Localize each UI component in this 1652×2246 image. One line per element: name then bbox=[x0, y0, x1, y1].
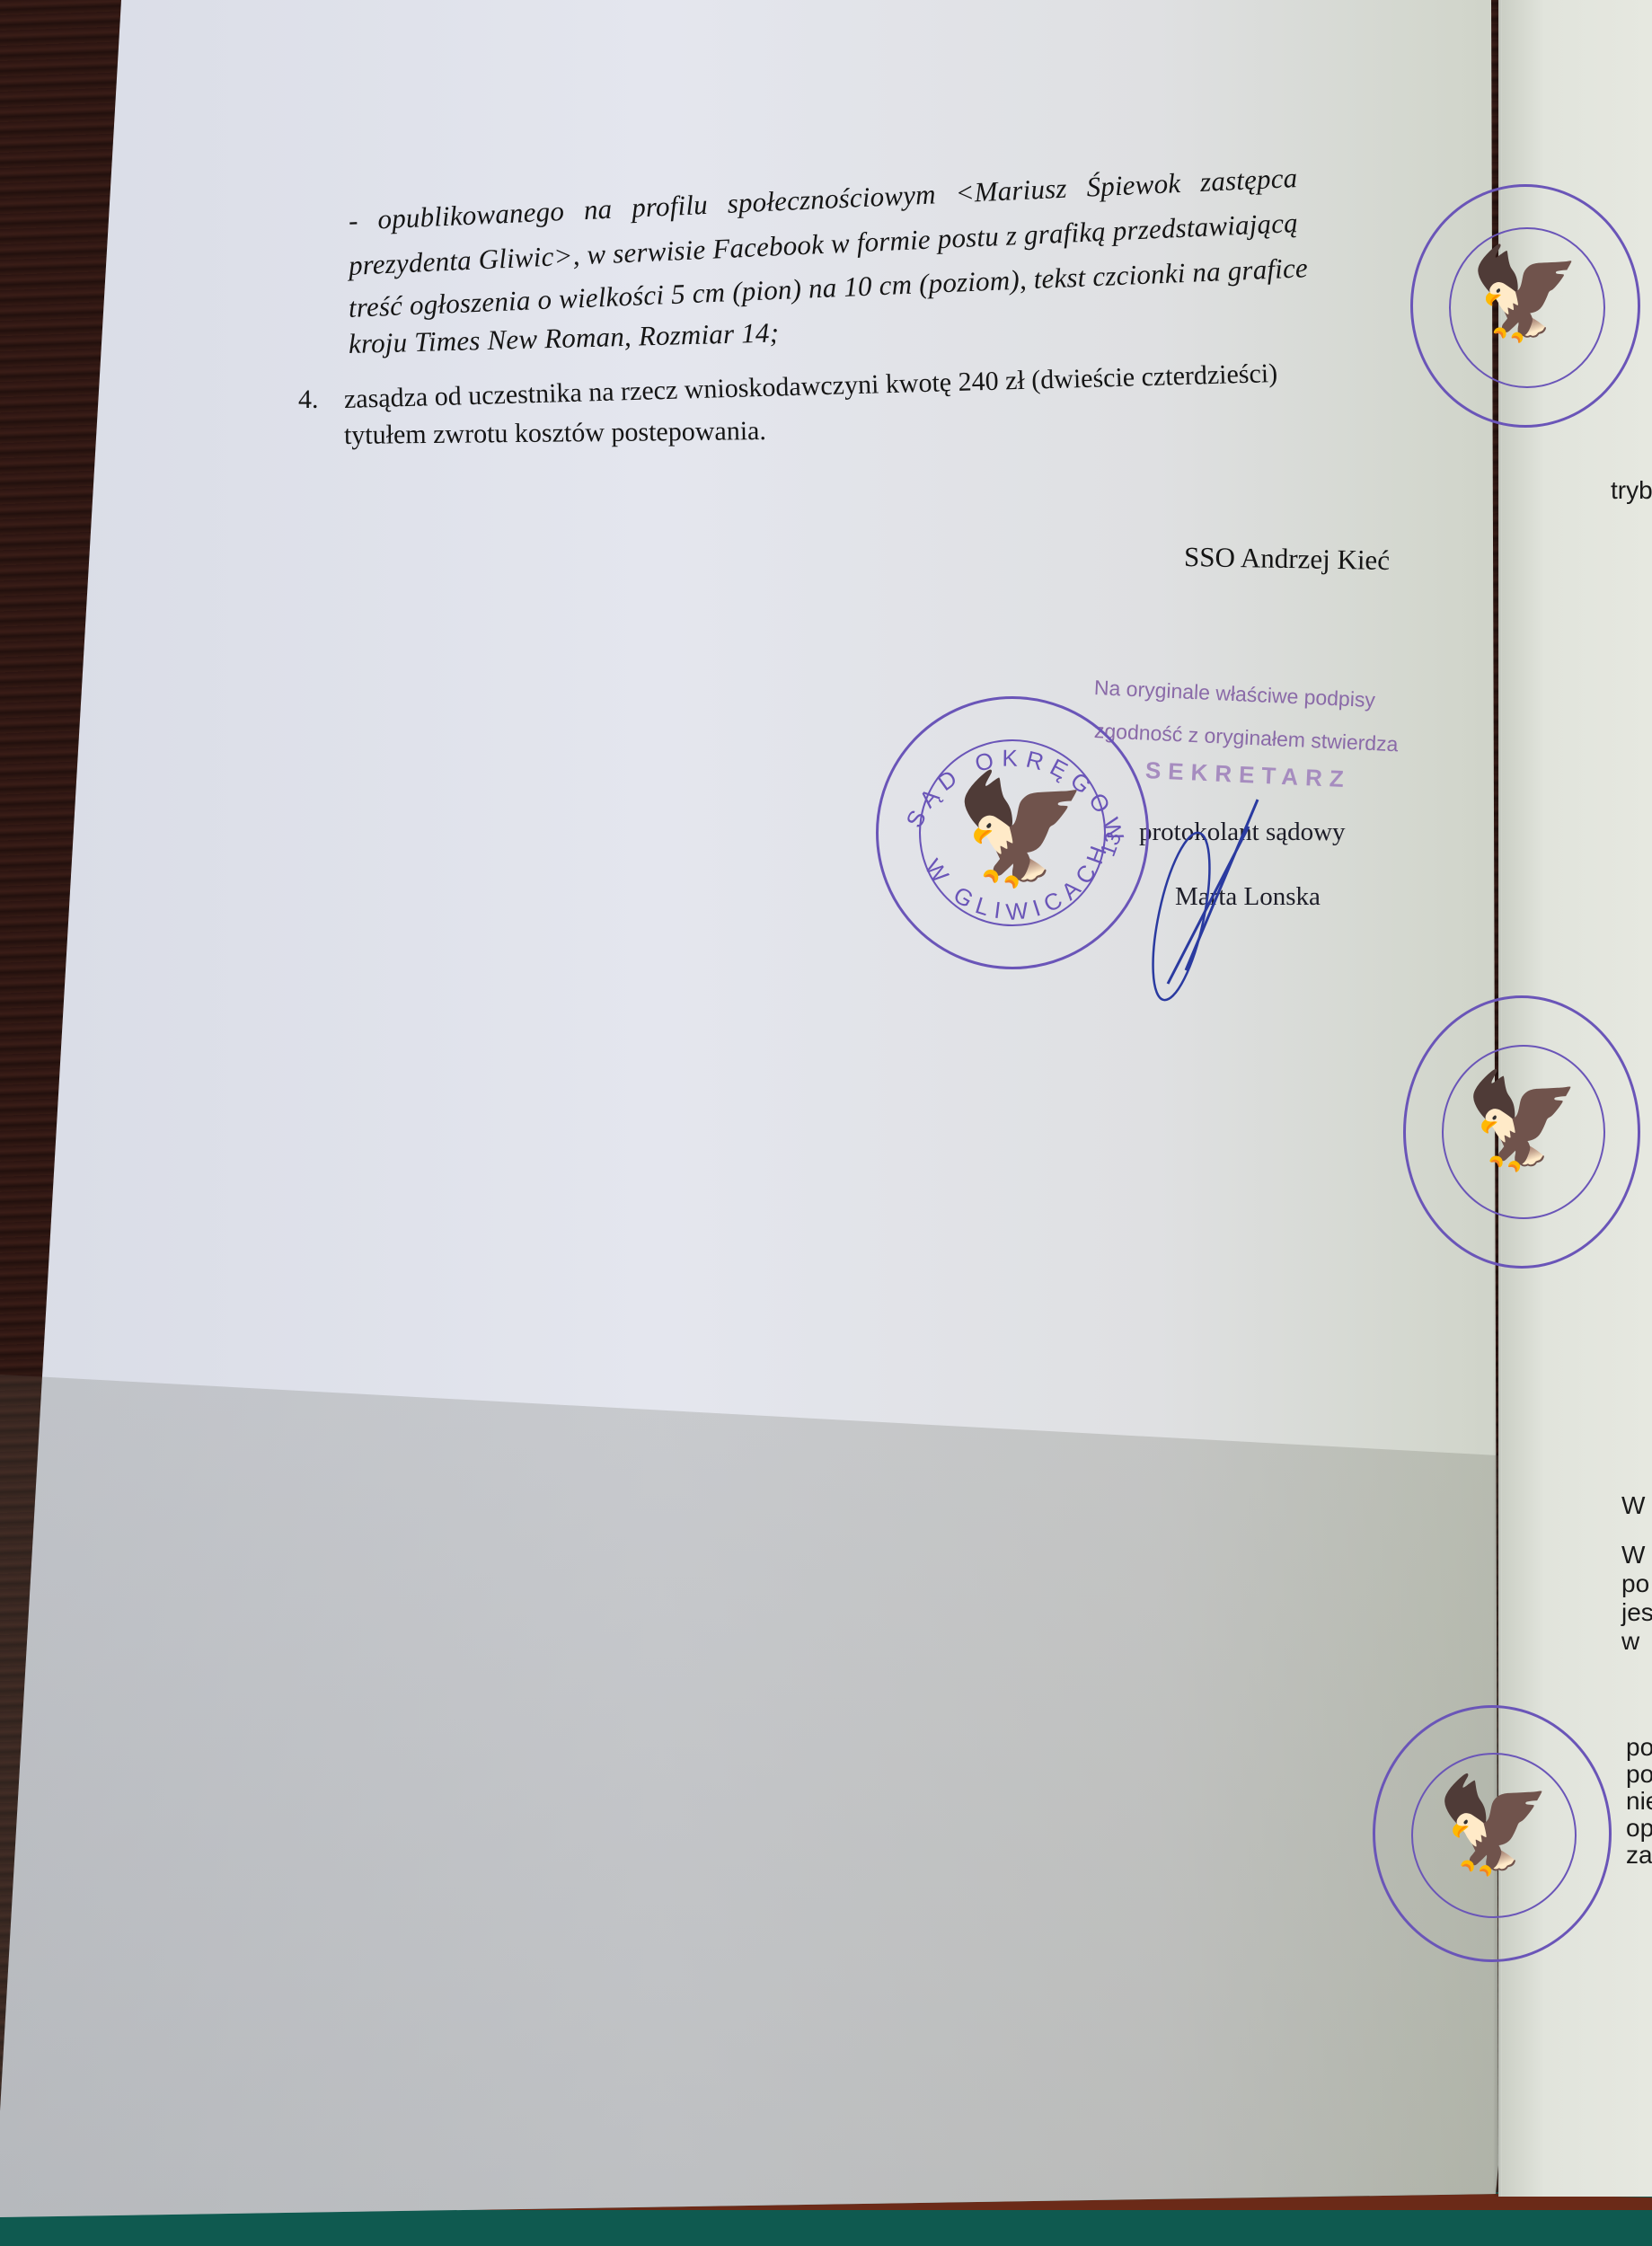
fragment-line: po bbox=[1626, 1761, 1652, 1788]
fragment-line: W bbox=[1621, 1541, 1652, 1570]
item-4-line-2: tytułem zwrotu kosztów postepowania. bbox=[344, 416, 766, 451]
judge-signature: SSO Andrzej Kieć bbox=[1184, 541, 1391, 577]
eagle-emblem-icon: 🦅 bbox=[1467, 250, 1584, 340]
eagle-emblem-icon: 🦅 bbox=[1460, 1075, 1586, 1169]
right-page-block-1: W po jes w bbox=[1621, 1541, 1652, 1656]
right-page-fragment-top: tryb bbox=[1611, 476, 1652, 505]
court-seal-top-right: 🦅 bbox=[1410, 184, 1640, 428]
fragment-line: w bbox=[1621, 1627, 1652, 1656]
svg-text:W GLIWICACH: W GLIWICACH bbox=[920, 836, 1115, 925]
fragment-line: po bbox=[1621, 1570, 1652, 1598]
court-seal: 🦅 SĄD OKRĘGOWY W GLIWICACH 13 bbox=[876, 696, 1149, 969]
clerk-handwritten-signature bbox=[1132, 791, 1276, 1006]
fragment-line: za bbox=[1626, 1842, 1652, 1869]
right-page-heading-fragment: W bbox=[1621, 1491, 1645, 1520]
right-page-block-2: po po nie op za bbox=[1626, 1734, 1652, 1869]
svg-text:SĄD OKRĘGOWY: SĄD OKRĘGOWY bbox=[879, 699, 1132, 851]
item-4-number: 4. bbox=[298, 385, 319, 415]
seal-bottom-text: W GLIWICACH bbox=[920, 836, 1115, 925]
seal-top-text: SĄD OKRĘGOWY bbox=[879, 699, 1132, 851]
eagle-emblem-icon: 🦅 bbox=[1431, 1780, 1557, 1873]
court-seal-middle-right: 🦅 bbox=[1403, 995, 1640, 1269]
fragment-line: nie bbox=[1626, 1788, 1652, 1815]
fragment-line: po bbox=[1626, 1734, 1652, 1761]
fragment-line: op bbox=[1626, 1815, 1652, 1842]
court-seal-lower-right: 🦅 bbox=[1373, 1705, 1612, 1962]
fragment-line: jes bbox=[1621, 1598, 1652, 1627]
